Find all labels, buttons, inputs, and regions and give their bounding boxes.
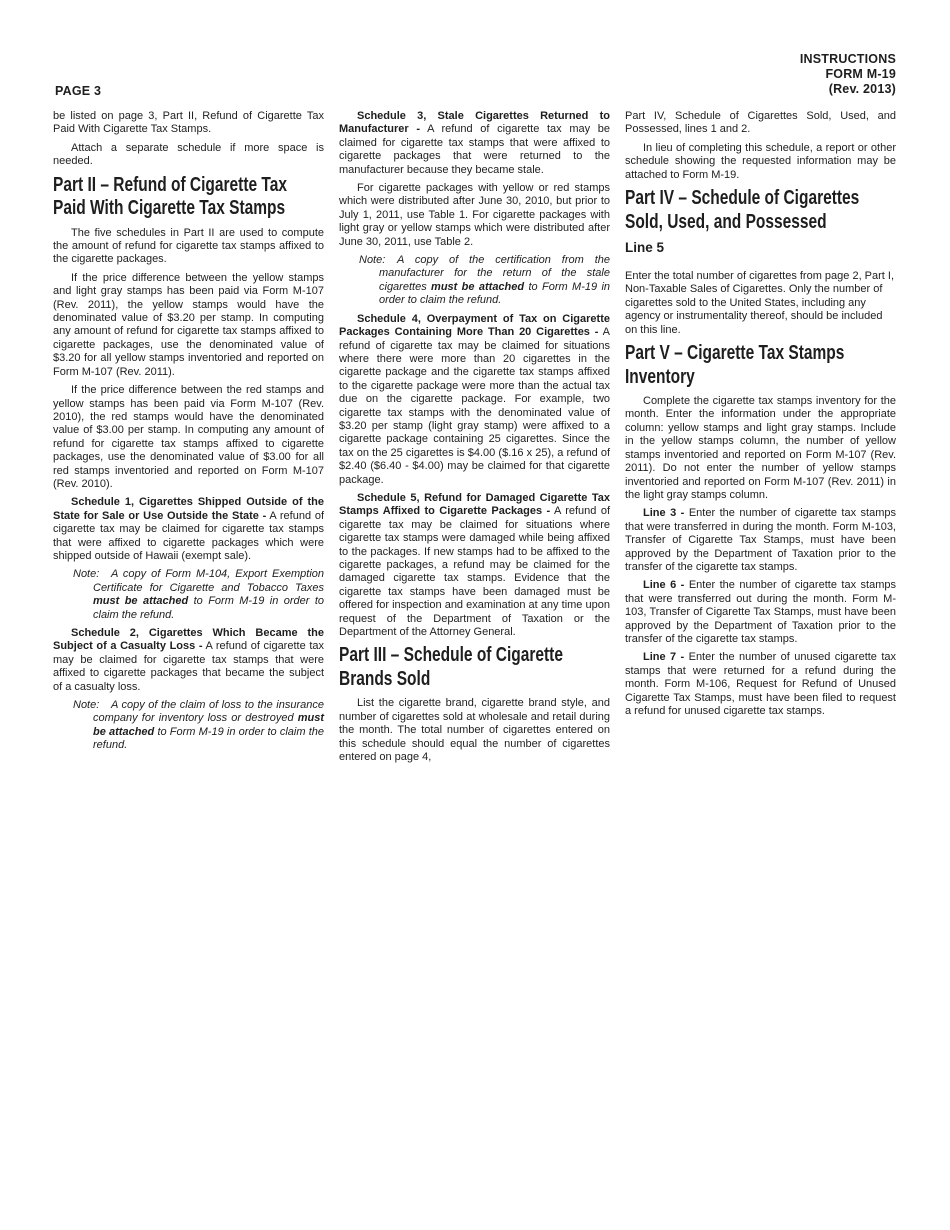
line-5-paragraph: Enter the total number of cigarettes fro…: [625, 270, 896, 337]
paragraph: In lieu of completing this schedule, a r…: [625, 142, 896, 182]
paragraph: For cigarette packages with yellow or re…: [339, 182, 610, 249]
part-iv-heading: Part IV – Schedule of Cigarettes Sold, U…: [625, 187, 896, 234]
part-ii-heading: Part II – Refund of Cigarette Tax Paid W…: [53, 174, 324, 221]
header-revision: (Rev. 2013): [800, 82, 896, 97]
schedule-4-title: Schedule 4, Overpayment of Tax on Cigare…: [339, 313, 610, 338]
column-middle: Schedule 3, Stale Cigarettes Returned to…: [339, 110, 610, 769]
paragraph-continuation: Part IV, Schedule of Cigarettes Sold, Us…: [625, 110, 896, 137]
line-5-heading: Line 5: [625, 240, 896, 256]
line-6-paragraph: Line 6 - Enter the number of cigarette t…: [625, 579, 896, 646]
part-v-heading: Part V – Cigarette Tax Stamps Inventory: [625, 342, 896, 389]
note-certification: Note:A copy of the certification from th…: [339, 254, 610, 308]
column-right: Part IV, Schedule of Cigarettes Sold, Us…: [625, 110, 896, 723]
must-be-attached-emphasis: must be attached: [93, 595, 188, 607]
note-label: Note:: [341, 254, 385, 267]
paragraph: The five schedules in Part II are used t…: [53, 227, 324, 267]
paragraph: Complete the cigarette tax stamps invent…: [625, 395, 896, 502]
paragraph: Attach a separate schedule if more space…: [53, 142, 324, 169]
note-claim-of-loss: Note:A copy of the claim of loss to the …: [53, 699, 324, 753]
must-be-attached-emphasis: must be attached: [431, 281, 524, 293]
schedule-5-paragraph: Schedule 5, Refund for Damaged Cigarette…: [339, 492, 610, 639]
instructions-page: PAGE 3 INSTRUCTIONS FORM M-19 (Rev. 2013…: [0, 0, 950, 1230]
schedule-1-paragraph: Schedule 1, Cigarettes Shipped Outside o…: [53, 496, 324, 563]
note-form-m104: Note:A copy of Form M-104, Export Exempt…: [53, 568, 324, 622]
line-6-label: Line 6 -: [643, 579, 684, 591]
paragraph-continuation: be listed on page 3, Part II, Refund of …: [53, 110, 324, 137]
line-3-paragraph: Line 3 - Enter the number of cigarette t…: [625, 507, 896, 574]
header-instructions: INSTRUCTIONS: [800, 52, 896, 67]
paragraph: If the price difference between the yell…: [53, 272, 324, 379]
note-label: Note:: [55, 699, 99, 712]
schedule-2-paragraph: Schedule 2, Cigarettes Which Became the …: [53, 627, 324, 694]
header-form-number: FORM M-19: [800, 67, 896, 82]
column-left: be listed on page 3, Part II, Refund of …: [53, 110, 324, 758]
line-7-label: Line 7 -: [643, 651, 684, 663]
note-label: Note:: [55, 568, 99, 581]
schedule-3-paragraph: Schedule 3, Stale Cigarettes Returned to…: [339, 110, 610, 177]
paragraph: List the cigarette brand, cigarette bran…: [339, 697, 610, 764]
document-header: INSTRUCTIONS FORM M-19 (Rev. 2013): [800, 52, 896, 97]
line-3-label: Line 3 -: [643, 507, 684, 519]
part-iii-heading: Part III – Schedule of Cigarette Brands …: [339, 644, 610, 691]
line-7-paragraph: Line 7 - Enter the number of unused ciga…: [625, 651, 896, 718]
schedule-4-paragraph: Schedule 4, Overpayment of Tax on Cigare…: [339, 313, 610, 487]
page-number: PAGE 3: [55, 84, 101, 98]
paragraph: If the price difference between the red …: [53, 384, 324, 491]
